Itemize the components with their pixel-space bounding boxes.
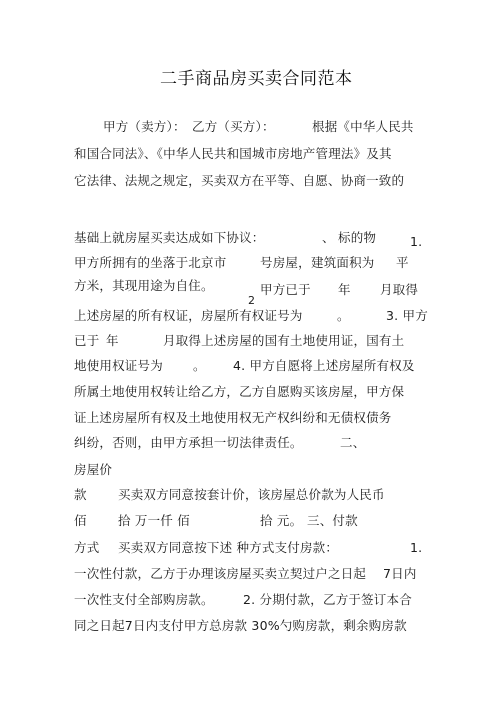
text-segment: 月取得 <box>380 282 418 298</box>
item-number: 1. <box>410 540 422 556</box>
text-segment: 月取得上述房屋的国有土地使用证，国有土 <box>163 333 404 349</box>
text-segment: 3. 甲方 <box>386 308 428 324</box>
text-segment: 方式 <box>74 540 99 556</box>
item-number: 1. <box>410 234 422 250</box>
text-segment: 号房屋， <box>260 255 311 271</box>
text-segment: 地使用权证号为 <box>74 358 163 374</box>
text-segment: 款 <box>74 487 87 503</box>
text-line: 和国合同法》、《中华人民共和国城市房地产管理法》及其 <box>74 146 392 162</box>
text-line: 它法律、法规之规定，买卖双方在平等、自愿、协商一致的 <box>74 173 404 189</box>
section-heading: 二、 <box>340 435 365 451</box>
text-segment: 基础上就房屋买卖达成如下协议： <box>74 230 265 246</box>
text-segment: 7日内 <box>383 566 417 582</box>
party-b-label: 乙方（买方）： <box>192 119 275 135</box>
document-page: 二手商品房买卖合同范本 甲方（卖方）： 乙方（买方）： 根据《中华人民共 和国合… <box>0 0 500 708</box>
section-heading: 标的物 <box>338 230 376 246</box>
text-segment: 、 <box>322 230 335 246</box>
party-a-label: 甲方（卖方）： <box>103 119 186 135</box>
text-segment: 上述房屋的所有权证，房屋所有权证号为 <box>74 308 303 324</box>
document-title: 二手商品房买卖合同范本 <box>160 68 353 90</box>
text-segment: 一次性付款，乙方于办理该房屋买卖立契过户之日起 <box>74 566 366 582</box>
text-segment: 根据《中华人民共 <box>312 119 414 135</box>
text-segment: 4. 甲方自愿将上述房屋所有权及 <box>233 358 415 374</box>
text-segment: 佰 <box>74 513 87 529</box>
text-segment: 年 <box>338 282 351 298</box>
text-segment: 2. 分期付款，乙方于签订本合 <box>243 592 412 608</box>
text-segment: 已于 <box>74 333 99 349</box>
text-segment: 买卖双方同意按套计价，该房屋总价款为人民币 <box>118 487 385 503</box>
text-line: 所属土地使用权转让给乙方，乙方自愿购买该房屋，甲方保 <box>74 384 404 400</box>
text-segment: 。 <box>337 308 350 324</box>
text-segment: 甲方所拥有的坐落于北京市 <box>74 255 226 271</box>
text-line: 同之日起7日内支付甲方总房款 30%勺购房款，剩余购房款 <box>74 618 407 634</box>
text-segment: 。 <box>193 358 206 374</box>
text-segment: 年 <box>106 333 119 349</box>
item-number: 2 <box>248 293 255 309</box>
text-segment: 纠纷，否则，由甲方承担一切法律责任。 <box>74 435 303 451</box>
text-segment: 一次性支付全部购房款。 <box>74 592 214 608</box>
text-segment: 拾 万一仟 佰 <box>118 513 190 529</box>
text-segment: 建筑面积为 <box>311 255 375 271</box>
section-heading: 房屋价 <box>74 462 112 478</box>
text-segment: 方米，其现用途为自住。 <box>74 278 214 294</box>
text-segment: 平 <box>396 255 409 271</box>
text-segment: 甲方已于 <box>260 282 311 298</box>
text-segment: 买卖双方同意按下述 种方式支付房款： <box>118 540 338 556</box>
text-segment: 拾 元。 <box>260 513 302 529</box>
text-line: 证上述房屋所有权及土地使用权无产权纠纷和无债权债务 <box>74 410 392 426</box>
section-heading: 三、付款 <box>307 513 358 529</box>
